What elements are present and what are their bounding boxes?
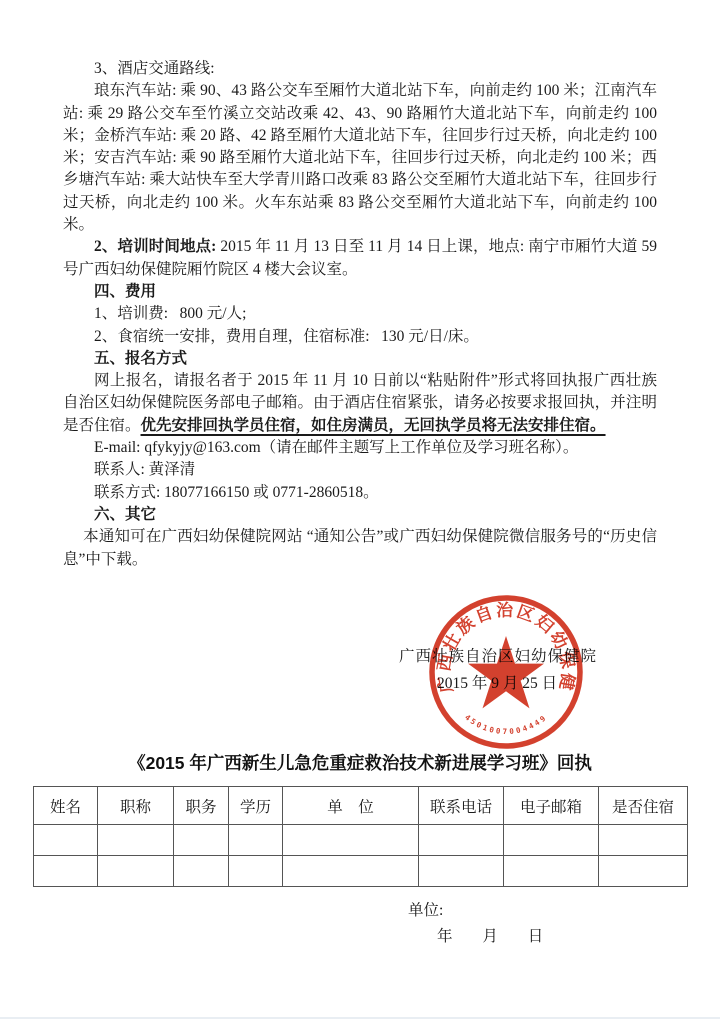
table-cell-empty xyxy=(98,825,174,856)
transport-paragraph: 琅东汽车站: 乘 90、43 路公交车至厢竹大道北站下车，向前走约 100 米；… xyxy=(63,80,657,236)
contact-phone-line: 联系方式: 18077166150 或 0771-2860518。 xyxy=(63,482,657,504)
receipt-table-empty-row xyxy=(34,825,688,856)
training-time-paragraph: 2、培训时间地点: 2015 年 11 月 13 日至 11 月 14 日上课，… xyxy=(63,236,657,281)
training-time-label: 2、培训时间地点: xyxy=(94,238,220,255)
receipt-table-header-row: 姓名 职称 职务 学历 单 位 联系电话 电子邮箱 是否住宿 xyxy=(34,787,688,825)
column-header-education: 学历 xyxy=(229,787,283,825)
fee-item-2: 2、食宿统一安排，费用自理，住宿标准: 130 元/日/床。 xyxy=(63,326,657,348)
star-icon xyxy=(468,636,544,708)
table-cell-empty xyxy=(34,825,98,856)
column-header-unit: 单 位 xyxy=(283,787,419,825)
transport-section-title: 3、酒店交通路线: xyxy=(63,58,657,80)
section-heading-other: 六、其它 xyxy=(63,504,657,526)
section-heading-signup: 五、报名方式 xyxy=(63,348,657,370)
table-cell-empty xyxy=(599,856,688,887)
table-cell-empty xyxy=(229,856,283,887)
table-cell-empty xyxy=(419,825,504,856)
table-cell-empty xyxy=(174,825,229,856)
email-line: E-mail: qfykyjy@163.com（请在邮件主题写上工作单位及学习班… xyxy=(63,437,657,459)
document-page: 3、酒店交通路线: 琅东汽车站: 乘 90、43 路公交车至厢竹大道北站下车，向… xyxy=(0,0,720,1019)
column-header-title: 职称 xyxy=(98,787,174,825)
column-header-name: 姓名 xyxy=(34,787,98,825)
signup-priority-note: 优先安排回执学员住宿，如住房满员，无回执学员将无法安排住宿。 xyxy=(141,417,606,434)
receipt-table-empty-row xyxy=(34,856,688,887)
column-header-phone: 联系电话 xyxy=(419,787,504,825)
table-cell-empty xyxy=(283,825,419,856)
contact-person-line: 联系人: 黄泽清 xyxy=(63,459,657,481)
section-heading-fee: 四、费用 xyxy=(63,281,657,303)
table-cell-empty xyxy=(283,856,419,887)
table-cell-empty xyxy=(599,825,688,856)
table-cell-empty xyxy=(504,856,599,887)
column-header-lodging: 是否住宿 xyxy=(599,787,688,825)
column-header-email: 电子邮箱 xyxy=(504,787,599,825)
table-cell-empty xyxy=(34,856,98,887)
official-seal-stamp: 广西壮族自治区妇幼保健院 4501007004449 xyxy=(426,592,586,752)
notice-body: 3、酒店交通路线: 琅东汽车站: 乘 90、43 路公交车至厢竹大道北站下车，向… xyxy=(63,58,657,571)
table-cell-empty xyxy=(504,825,599,856)
signup-paragraph: 网上报名，请报名者于 2015 年 11 月 10 日前以“粘贴附件”形式将回执… xyxy=(63,370,657,437)
receipt-table: 姓名 职称 职务 学历 单 位 联系电话 电子邮箱 是否住宿 xyxy=(33,786,688,887)
seal-code-digits: 4501007004449 xyxy=(463,712,549,736)
table-cell-empty xyxy=(98,856,174,887)
table-cell-empty xyxy=(174,856,229,887)
footer-unit-label: 单位: xyxy=(408,898,443,920)
table-cell-empty xyxy=(419,856,504,887)
footer-date-blank: 年 月 日 xyxy=(437,924,543,946)
column-header-position: 职务 xyxy=(174,787,229,825)
table-cell-empty xyxy=(229,825,283,856)
other-paragraph: 本通知可在广西妇幼保健院网站 “通知公告”或广西妇幼保健院微信服务号的“历史信息… xyxy=(63,526,657,571)
fee-item-1: 1、培训费: 800 元/人; xyxy=(63,303,657,325)
receipt-title: 《2015 年广西新生儿急危重症救治技术新进展学习班》回执 xyxy=(0,750,720,775)
